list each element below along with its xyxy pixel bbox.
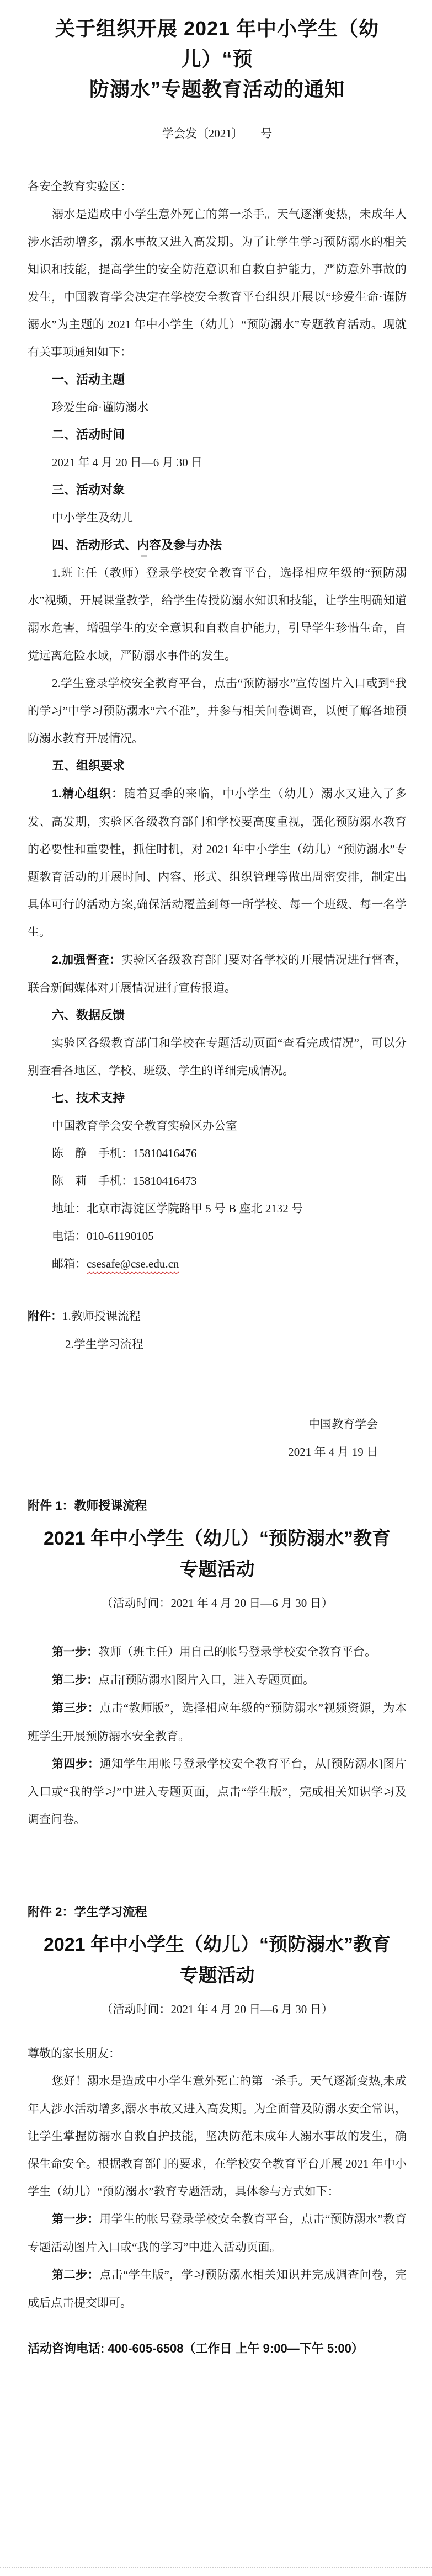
step-paragraph: 第一步：教师（班主任）用自己的帐号登录学校安全教育平台。	[28, 1638, 407, 1666]
attachment2-label: 附件 2：学生学习流程	[28, 1898, 407, 1926]
step-paragraph: 第四步：通知学生用帐号登录学校安全教育平台，从[预防溺水]图片入口或“我的学习”…	[28, 1750, 407, 1833]
section-body-3: 中小学生及幼儿	[28, 504, 407, 531]
bottom-dotted-divider	[0, 2567, 432, 2568]
signature-date: 2021 年 4 月 19 日	[28, 1438, 378, 1466]
attachments-note-item: 2.学生学习流程	[28, 1330, 407, 1358]
stray-mark	[141, 555, 147, 557]
section-heading-6: 六、数据反馈	[28, 1002, 407, 1029]
doc-number: 学会发〔2021〕 号	[28, 122, 407, 145]
attachment1-title: 2021 年中小学生（幼儿）“预防溺水”教育专题活动	[28, 1523, 407, 1585]
attachments-note: 附件：1.教师授课流程 2.学生学习流程	[28, 1302, 407, 1358]
signature-org: 中国教育学会	[28, 1411, 378, 1438]
attachment1-title-line1: 2021 年中小学生（幼儿）“预防溺水”教育	[44, 1528, 391, 1549]
attachment2-activity-time: （活动时间：2021 年 4 月 20 日—6 月 30 日）	[28, 1995, 407, 2023]
runin-text: 随着夏季的来临，中小学生（幼儿）溺水又进入了多发、高发期，实验区各级教育部门和学…	[28, 787, 407, 939]
runin-label: 2.加强督查：	[52, 954, 121, 966]
step-label: 第二步：	[52, 2269, 99, 2281]
contact-email-line: 邮箱：csesafe@cse.edu.cn	[28, 1250, 407, 1278]
attachment2-title-line2: 专题活动	[180, 1965, 255, 1986]
section-heading-5: 五、组织要求	[28, 752, 407, 780]
contact-phone: 电话：010-61190105	[28, 1222, 407, 1250]
attachment1-label: 附件 1：教师授课流程	[28, 1492, 407, 1520]
contact-person: 陈 静 手机：15810416476	[28, 1140, 407, 1167]
paragraph: 1.精心组织：随着夏季的来临，中小学生（幼儿）溺水又进入了多发、高发期，实验区各…	[28, 780, 407, 946]
paragraph: 1.班主任（教师）登录学校安全教育平台，选择相应年级的“预防溺水”视频，开展课堂…	[28, 559, 407, 669]
section-heading-7: 七、技术支持	[28, 1084, 407, 1112]
section-heading-3: 三、活动对象	[28, 476, 407, 504]
step-label: 第三步：	[52, 1702, 99, 1715]
attachment1-steps: 第一步：教师（班主任）用自己的帐号登录学校安全教育平台。 第二步：点击[预防溺水…	[28, 1638, 407, 1833]
step-text: 点击[预防溺水]图片入口，进入专题页面。	[98, 1673, 314, 1686]
attachment2-intro: 您好！溺水是造成中小学生意外死亡的第一杀手。天气逐渐变热,未成年人涉水活动增多,…	[28, 2067, 407, 2205]
salutation: 各安全教育实验区：	[28, 173, 407, 200]
step-label: 第二步：	[52, 1674, 98, 1686]
section-heading-4: 四、活动形式、内容及参与办法	[28, 531, 407, 559]
attachments-note-label: 附件：	[28, 1310, 62, 1323]
contact-address: 地址：北京市海淀区学院路甲 5 号 B 座北 2132 号	[28, 1195, 407, 1222]
attachments-note-item: 1.教师授课流程	[62, 1310, 141, 1323]
section-body-1: 珍爱生命·谨防溺水	[28, 393, 407, 421]
step-label: 第一步：	[52, 1646, 98, 1658]
intro-paragraph: 溺水是造成中小学生意外死亡的第一杀手。天气逐渐变热，未成年人涉水活动增多，溺水事…	[28, 200, 407, 366]
section-body-2: 2021 年 4 月 20 日—6 月 30 日	[28, 449, 407, 476]
paragraph: 实验区各级教育部门和学校在专题活动页面“查看完成情况”，可以分别查看各地区、学校…	[28, 1029, 407, 1084]
attachment1-title-line2: 专题活动	[180, 1559, 255, 1580]
contact-person: 陈 莉 手机：15810416473	[28, 1167, 407, 1195]
attachment2-title: 2021 年中小学生（幼儿）“预防溺水”教育专题活动	[28, 1929, 407, 1991]
runin-label: 1.精心组织：	[52, 787, 124, 800]
email-label: 邮箱：	[52, 1257, 87, 1270]
step-label: 第四步：	[52, 1758, 100, 1770]
document-page: 关于组织开展 2021 年中小学生（幼儿）“预防溺水”专题教育活动的通知 学会发…	[0, 0, 432, 2576]
paragraph: 2.学生登录学校安全教育平台，点击“预防溺水”宣传图片入口或到“我的学习”中学习…	[28, 669, 407, 752]
contact-office: 中国教育学会安全教育实验区办公室	[28, 1112, 407, 1140]
step-paragraph: 第二步：点击[预防溺水]图片入口，进入专题页面。	[28, 1666, 407, 1694]
signature-block: 中国教育学会 2021 年 4 月 19 日	[28, 1411, 407, 1466]
step-text: 教师（班主任）用自己的帐号登录学校安全教育平台。	[98, 1645, 376, 1658]
section-heading-1: 一、活动主题	[28, 366, 407, 393]
doc-title-line2: 防溺水”专题教育活动的通知	[89, 78, 345, 100]
step-paragraph: 第一步：用学生的帐号登录学校安全教育平台，点击“预防溺水”教育专题活动图片入口或…	[28, 2205, 407, 2261]
step-paragraph: 第三步：点击“教师版”，选择相应年级的“预防溺水”视频资源，为本班学生开展预防溺…	[28, 1694, 407, 1750]
step-label: 第一步：	[52, 2213, 99, 2226]
doc-title-line1: 关于组织开展 2021 年中小学生（幼儿）“预	[55, 17, 379, 70]
doc-title: 关于组织开展 2021 年中小学生（幼儿）“预防溺水”专题教育活动的通知	[28, 0, 407, 104]
attachment2-title-line1: 2021 年中小学生（幼儿）“预防溺水”教育	[44, 1934, 391, 1955]
email-text: csesafe@cse.edu.cn	[87, 1257, 179, 1270]
attachment2-steps: 第一步：用学生的帐号登录学校安全教育平台，点击“预防溺水”教育专题活动图片入口或…	[28, 2205, 407, 2317]
attachment1-activity-time: （活动时间：2021 年 4 月 20 日—6 月 30 日）	[28, 1589, 407, 1617]
hotline: 活动咨询电话: 400-605-6508（工作日 上午 9:00—下午 5:00…	[28, 2337, 407, 2361]
paragraph: 2.加强督查：实验区各级教育部门要对各学校的开展情况进行督查，联合新闻媒体对开展…	[28, 946, 407, 1002]
parents-salutation: 尊敬的家长朋友：	[28, 2040, 407, 2067]
section-heading-2: 二、活动时间	[28, 421, 407, 449]
step-paragraph: 第二步：点击“学生版”，学习预防溺水相关知识并完成调查问卷，完成后点击提交即可。	[28, 2261, 407, 2317]
attachments-note-line1: 附件：1.教师授课流程	[28, 1302, 407, 1330]
